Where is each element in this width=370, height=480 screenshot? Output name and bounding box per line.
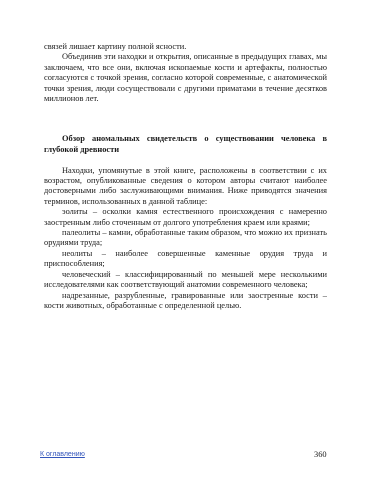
paragraph-continuation: связей лишает картину полной ясности. xyxy=(44,42,327,52)
paragraph-intro: Находки, упомянутые в этой книге, распол… xyxy=(44,166,327,208)
definition-paleoliths: палеолиты – камни, обработанные таким об… xyxy=(44,228,327,249)
toc-link[interactable]: К оглавлению xyxy=(40,451,85,458)
document-page: связей лишает картину полной ясности. Об… xyxy=(44,42,327,311)
page-number: 360 xyxy=(314,450,327,459)
spacer xyxy=(44,155,327,165)
definition-eoliths: эолиты – осколки камня естественного про… xyxy=(44,207,327,228)
definition-human: человеческий – классифицированный по мен… xyxy=(44,270,327,291)
definition-bones: надрезанные, разрубленные, гравированные… xyxy=(44,291,327,312)
section-heading: Обзор аномальных свидетельств о существо… xyxy=(44,134,327,155)
paragraph-summary: Объединив эти находки и открытия, описан… xyxy=(44,52,327,104)
definition-neoliths: неолиты – наиболее совершенные каменные … xyxy=(44,249,327,270)
